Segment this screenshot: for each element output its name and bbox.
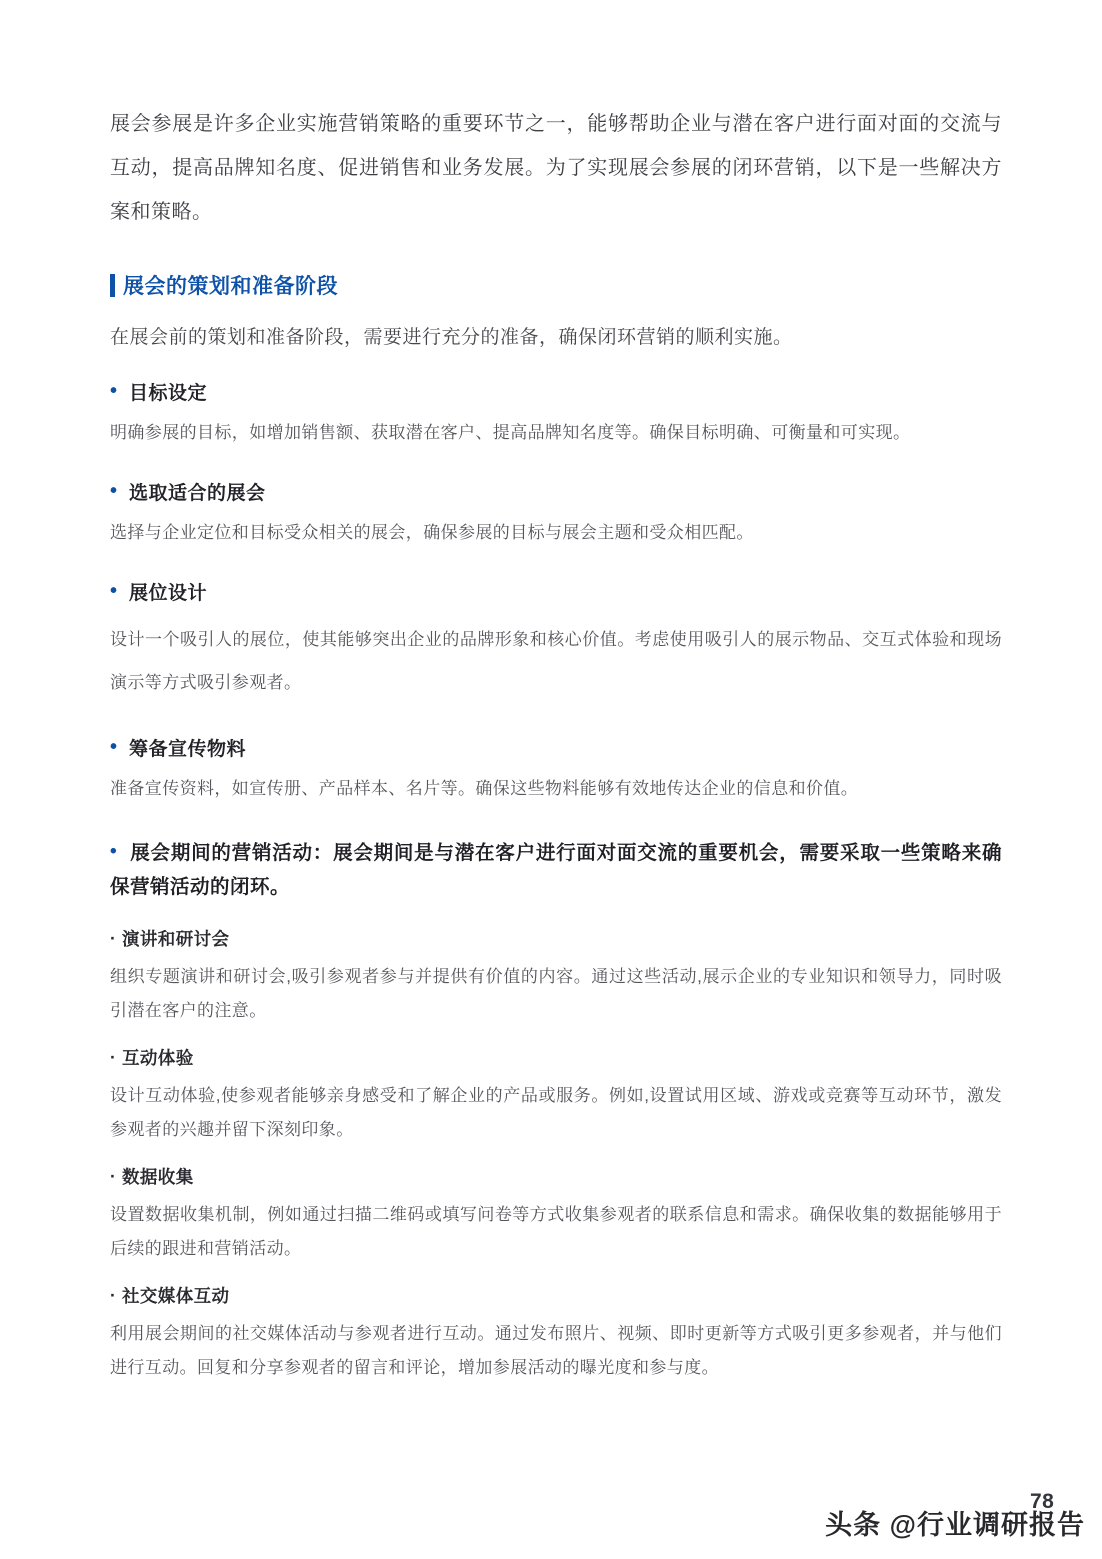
section-lead: 在展会前的策划和准备阶段，需要进行充分的准备，确保闭环营销的顺利实施。	[110, 324, 1002, 352]
sub-body: 设置数据收集机制，例如通过扫描二维码或填写问卷等方式收集参观者的联系信息和需求。…	[110, 1198, 1002, 1266]
page-content: 展会参展是许多企业实施营销策略的重要环节之一，能够帮助企业与潜在客户进行面对面的…	[110, 102, 1002, 1385]
document-page: { "intro": "展会参展是许多企业实施营销策略的重要环节之一，能够帮助企…	[0, 0, 1102, 1559]
sub-block-social-media: ·社交媒体互动 利用展会期间的社交媒体活动与参观者进行互动。通过发布照片、视频、…	[110, 1283, 1002, 1385]
watermark: 头条 @行业调研报告	[825, 1503, 1085, 1542]
bullet-body: 选择与企业定位和目标受众相关的展会，确保参展的目标与展会主题和受众相匹配。	[110, 518, 1002, 548]
sub-title-text: 社交媒体互动	[122, 1283, 229, 1308]
bullet-title-text: 筹备宣传物料	[129, 734, 246, 761]
bullet-dot-icon: •	[110, 480, 129, 503]
bullet-block-booth-design: •展位设计 设计一个吸引人的展位，使其能够突出企业的品牌形象和核心价值。考虑使用…	[110, 578, 1002, 704]
sub-title-text: 数据收集	[122, 1164, 194, 1189]
bullet-title-text: 展位设计	[129, 578, 207, 605]
sub-body: 利用展会期间的社交媒体活动与参观者进行互动。通过发布照片、视频、即时更新等方式吸…	[110, 1317, 1002, 1385]
sub-block-interactive: ·互动体验 设计互动体验,使参观者能够亲身感受和了解企业的产品或服务。例如,设置…	[110, 1045, 1002, 1147]
sub-title: ·演讲和研讨会	[110, 926, 1002, 951]
bullet-block-materials: •筹备宣传物料 准备宣传资料，如宣传册、产品样本、名片等。确保这些物料能够有效地…	[110, 734, 1002, 804]
sub-title-text: 演讲和研讨会	[122, 926, 229, 951]
sub-title: ·互动体验	[110, 1045, 1002, 1070]
bullet-block-select-expo: •选取适合的展会 选择与企业定位和目标受众相关的展会，确保参展的目标与展会主题和…	[110, 478, 1002, 548]
bullet-body: 设计一个吸引人的展位，使其能够突出企业的品牌形象和核心价值。考虑使用吸引人的展示…	[110, 618, 1002, 704]
sub-bullet-dot-icon: ·	[110, 928, 122, 949]
section-heading: 展会的策划和准备阶段	[110, 270, 1002, 300]
sub-bullet-dot-icon: ·	[110, 1047, 122, 1068]
bullet-dot-icon: •	[110, 580, 129, 603]
bullet-body: 准备宣传资料，如宣传册、产品样本、名片等。确保这些物料能够有效地传达企业的信息和…	[110, 774, 1002, 804]
bullet-title: •展位设计	[110, 578, 1002, 605]
bullet-title: •目标设定	[110, 378, 1002, 405]
sub-title: ·数据收集	[110, 1164, 1002, 1189]
sub-bullet-dot-icon: ·	[110, 1166, 122, 1187]
sub-title: ·社交媒体互动	[110, 1283, 1002, 1308]
sub-block-speeches: ·演讲和研讨会 组织专题演讲和研讨会,吸引参观者参与并提供有价值的内容。通过这些…	[110, 926, 1002, 1028]
sub-body: 设计互动体验,使参观者能够亲身感受和了解企业的产品或服务。例如,设置试用区域、游…	[110, 1079, 1002, 1147]
section-title: 展会的策划和准备阶段	[123, 270, 338, 300]
bullet-body: 明确参展的目标，如增加销售额、获取潜在客户、提高品牌知名度等。确保目标明确、可衡…	[110, 418, 1002, 448]
bullet-dot-icon: •	[110, 736, 129, 759]
heading-accent-bar	[110, 274, 115, 297]
bullet-dot-icon: •	[110, 835, 130, 869]
bullet-title: •选取适合的展会	[110, 478, 1002, 505]
bullet-title: •筹备宣传物料	[110, 734, 1002, 761]
highlight-paragraph: •展会期间的营销活动：展会期间是与潜在客户进行面对面交流的重要机会，需要采取一些…	[110, 835, 1002, 904]
bullet-title-text: 选取适合的展会	[129, 478, 266, 505]
sub-bullet-dot-icon: ·	[110, 1285, 122, 1306]
highlight-text: 展会期间的营销活动：展会期间是与潜在客户进行面对面交流的重要机会，需要采取一些策…	[110, 842, 1002, 898]
sub-block-data-collection: ·数据收集 设置数据收集机制，例如通过扫描二维码或填写问卷等方式收集参观者的联系…	[110, 1164, 1002, 1266]
intro-paragraph: 展会参展是许多企业实施营销策略的重要环节之一，能够帮助企业与潜在客户进行面对面的…	[110, 102, 1002, 234]
bullet-title-text: 目标设定	[129, 378, 207, 405]
bullet-block-goal: •目标设定 明确参展的目标，如增加销售额、获取潜在客户、提高品牌知名度等。确保目…	[110, 378, 1002, 448]
sub-body: 组织专题演讲和研讨会,吸引参观者参与并提供有价值的内容。通过这些活动,展示企业的…	[110, 960, 1002, 1028]
sub-title-text: 互动体验	[122, 1045, 194, 1070]
bullet-dot-icon: •	[110, 380, 129, 403]
